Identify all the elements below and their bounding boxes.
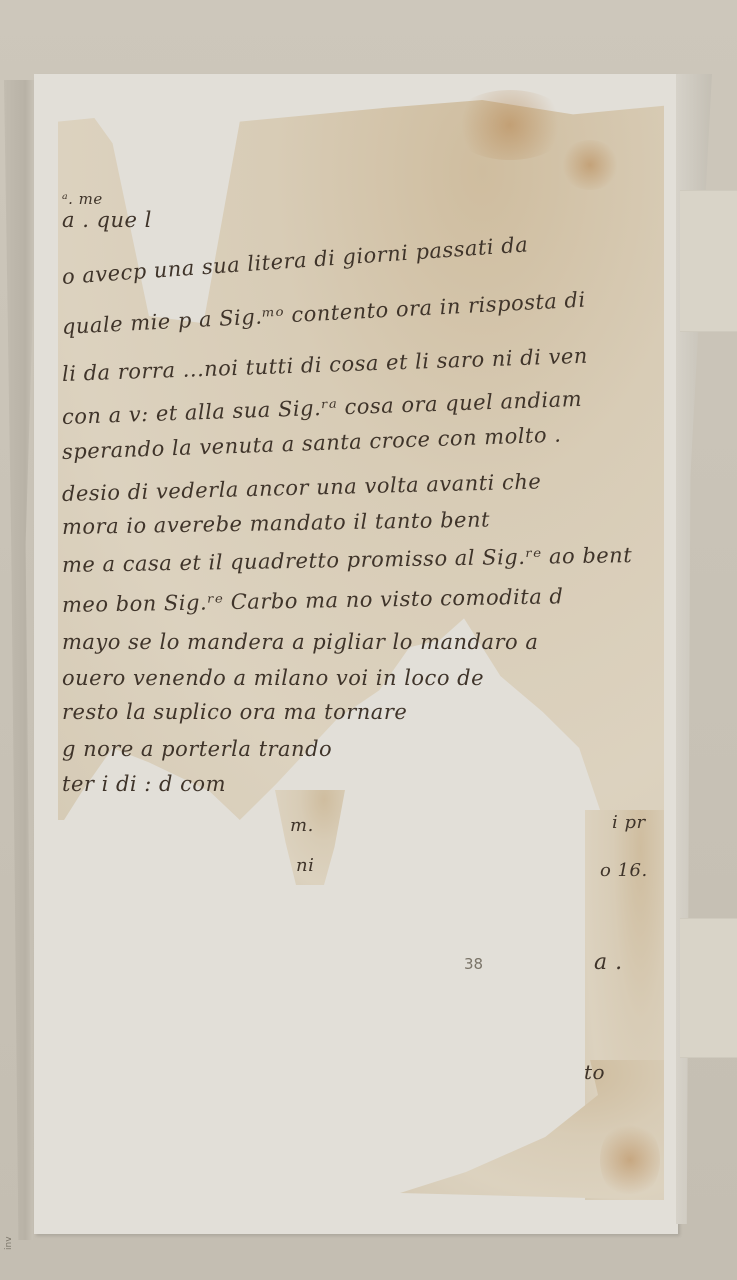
handwritten-line: a .	[594, 950, 623, 975]
foxing-stain	[560, 140, 620, 190]
handwritten-line: ni	[296, 855, 314, 876]
handwritten-line: m.	[290, 815, 314, 836]
handwritten-line: to	[584, 1060, 605, 1084]
handwritten-line: ᵃ. me	[62, 190, 103, 208]
page-number: 38	[464, 955, 483, 973]
handwritten-line: ouero venendo a milano voi in loco de	[62, 666, 484, 690]
edge-mark: inv	[4, 1236, 14, 1250]
hinge-tape-top	[680, 190, 737, 332]
handwritten-line: mayo se lo mandera a pigliar lo mandaro …	[62, 630, 538, 654]
hinge-tape-bottom	[680, 918, 737, 1058]
handwritten-line: i pr	[612, 812, 646, 833]
handwritten-line: resto la suplico ora ma tornare	[62, 700, 407, 724]
foxing-stain	[600, 1120, 660, 1200]
handwritten-line: g nore a porterla trando	[62, 737, 332, 761]
handwritten-line: a . que l	[62, 208, 152, 232]
foxing-stain	[450, 90, 570, 160]
handwritten-line: o 16.	[600, 860, 648, 881]
handwritten-line: ter i di : d com	[62, 772, 226, 796]
